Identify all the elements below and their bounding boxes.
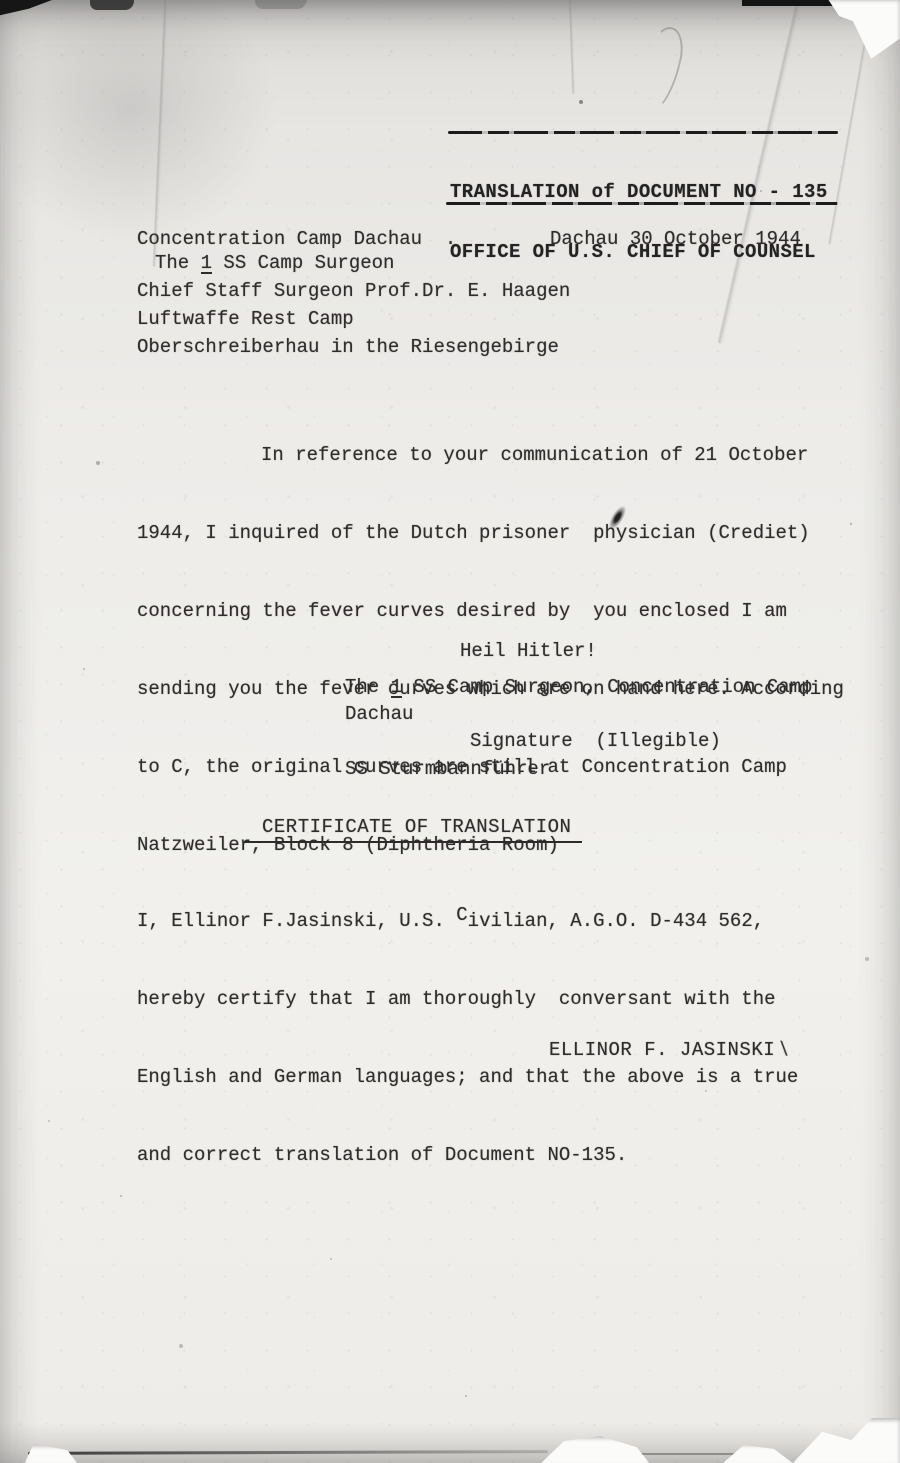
translation-stamp: TRANSLATION of DOCUMENT NO - 135 OFFICE … — [450, 142, 828, 302]
certificate-body: I, Ellinor F.Jasinski, U.S. Civilian, A.… — [137, 862, 877, 1214]
address-line-1: Concentration Camp Dachau . — [137, 229, 456, 249]
address-line-4: Luftwaffe Rest Camp — [137, 309, 354, 329]
certificate-line: and correct translation of Document NO-1… — [137, 1136, 877, 1174]
paperclip-impression — [635, 23, 688, 113]
cert-line-post: ivilian, A.G.O. D-434 562, — [468, 910, 764, 932]
body-line: 1944, I inquired of the Dutch prisoner p… — [137, 514, 867, 552]
body-line: In reference to your communication of 21… — [137, 436, 867, 474]
certificate-heading-text: CERTIFICATE OF TRANSLATION — [244, 816, 582, 843]
certificate-line: hereby certify that I am thoroughly conv… — [137, 980, 877, 1018]
dateline: Dachau 30 October 1944 — [550, 229, 801, 249]
certificate-line: English and German languages; and that t… — [137, 1058, 877, 1096]
pen-mark: \ — [777, 1039, 792, 1060]
paper-speckles — [0, 0, 2, 2]
address-line-2-pre: The — [155, 252, 201, 274]
address-line-2-post: SS Camp Surgeon — [212, 252, 394, 274]
closing-line-pre: The — [345, 676, 391, 698]
signature-note: Signature (Illegible) — [470, 731, 721, 751]
translator-signature: ELLINOR F. JASINSKI\ — [549, 1040, 790, 1060]
certificate-line: I, Ellinor F.Jasinski, U.S. Civilian, A.… — [137, 902, 877, 940]
closing-salute: Heil Hitler! — [460, 641, 597, 661]
address-line-5: Oberschreiberhau in the Riesengebirge — [137, 337, 559, 357]
document-page: TRANSLATION of DOCUMENT NO - 135 OFFICE … — [0, 0, 900, 1463]
cert-line-pre: I, Ellinor F.Jasinski, U.S. — [137, 910, 456, 932]
edge-notch — [90, 0, 134, 10]
address-line-2: The 1 SS Camp Surgeon — [155, 253, 394, 274]
address-line-3: Chief Staff Surgeon Prof.Dr. E. Haagen — [137, 281, 570, 301]
closing-signer-line-2: Dachau — [345, 704, 413, 724]
crease-mark — [828, 37, 868, 245]
stamp-divider-top — [448, 131, 838, 134]
body-line: concerning the fever curves desired by y… — [137, 592, 867, 630]
stamp-title: TRANSLATION of DOCUMENT NO - 135 — [450, 182, 828, 202]
closing-signer-line-1: The 1 SS Camp Surgeon, Concentration Cam… — [345, 677, 812, 698]
certificate-heading: CERTIFICATE OF TRANSLATION — [244, 817, 582, 837]
unit-number-underlined: 1 — [201, 255, 212, 274]
translator-name: ELLINOR F. JASINSKI — [549, 1039, 775, 1061]
stamp-divider-bottom — [446, 202, 838, 205]
edge-notch — [255, 0, 307, 9]
closing-line-post: SS Camp Surgeon, Concentration Camp — [402, 676, 812, 698]
signer-rank: SS Sturmbannführer — [345, 759, 550, 779]
unit-number-underlined: 1 — [391, 679, 402, 698]
raised-letter: C — [456, 904, 467, 926]
